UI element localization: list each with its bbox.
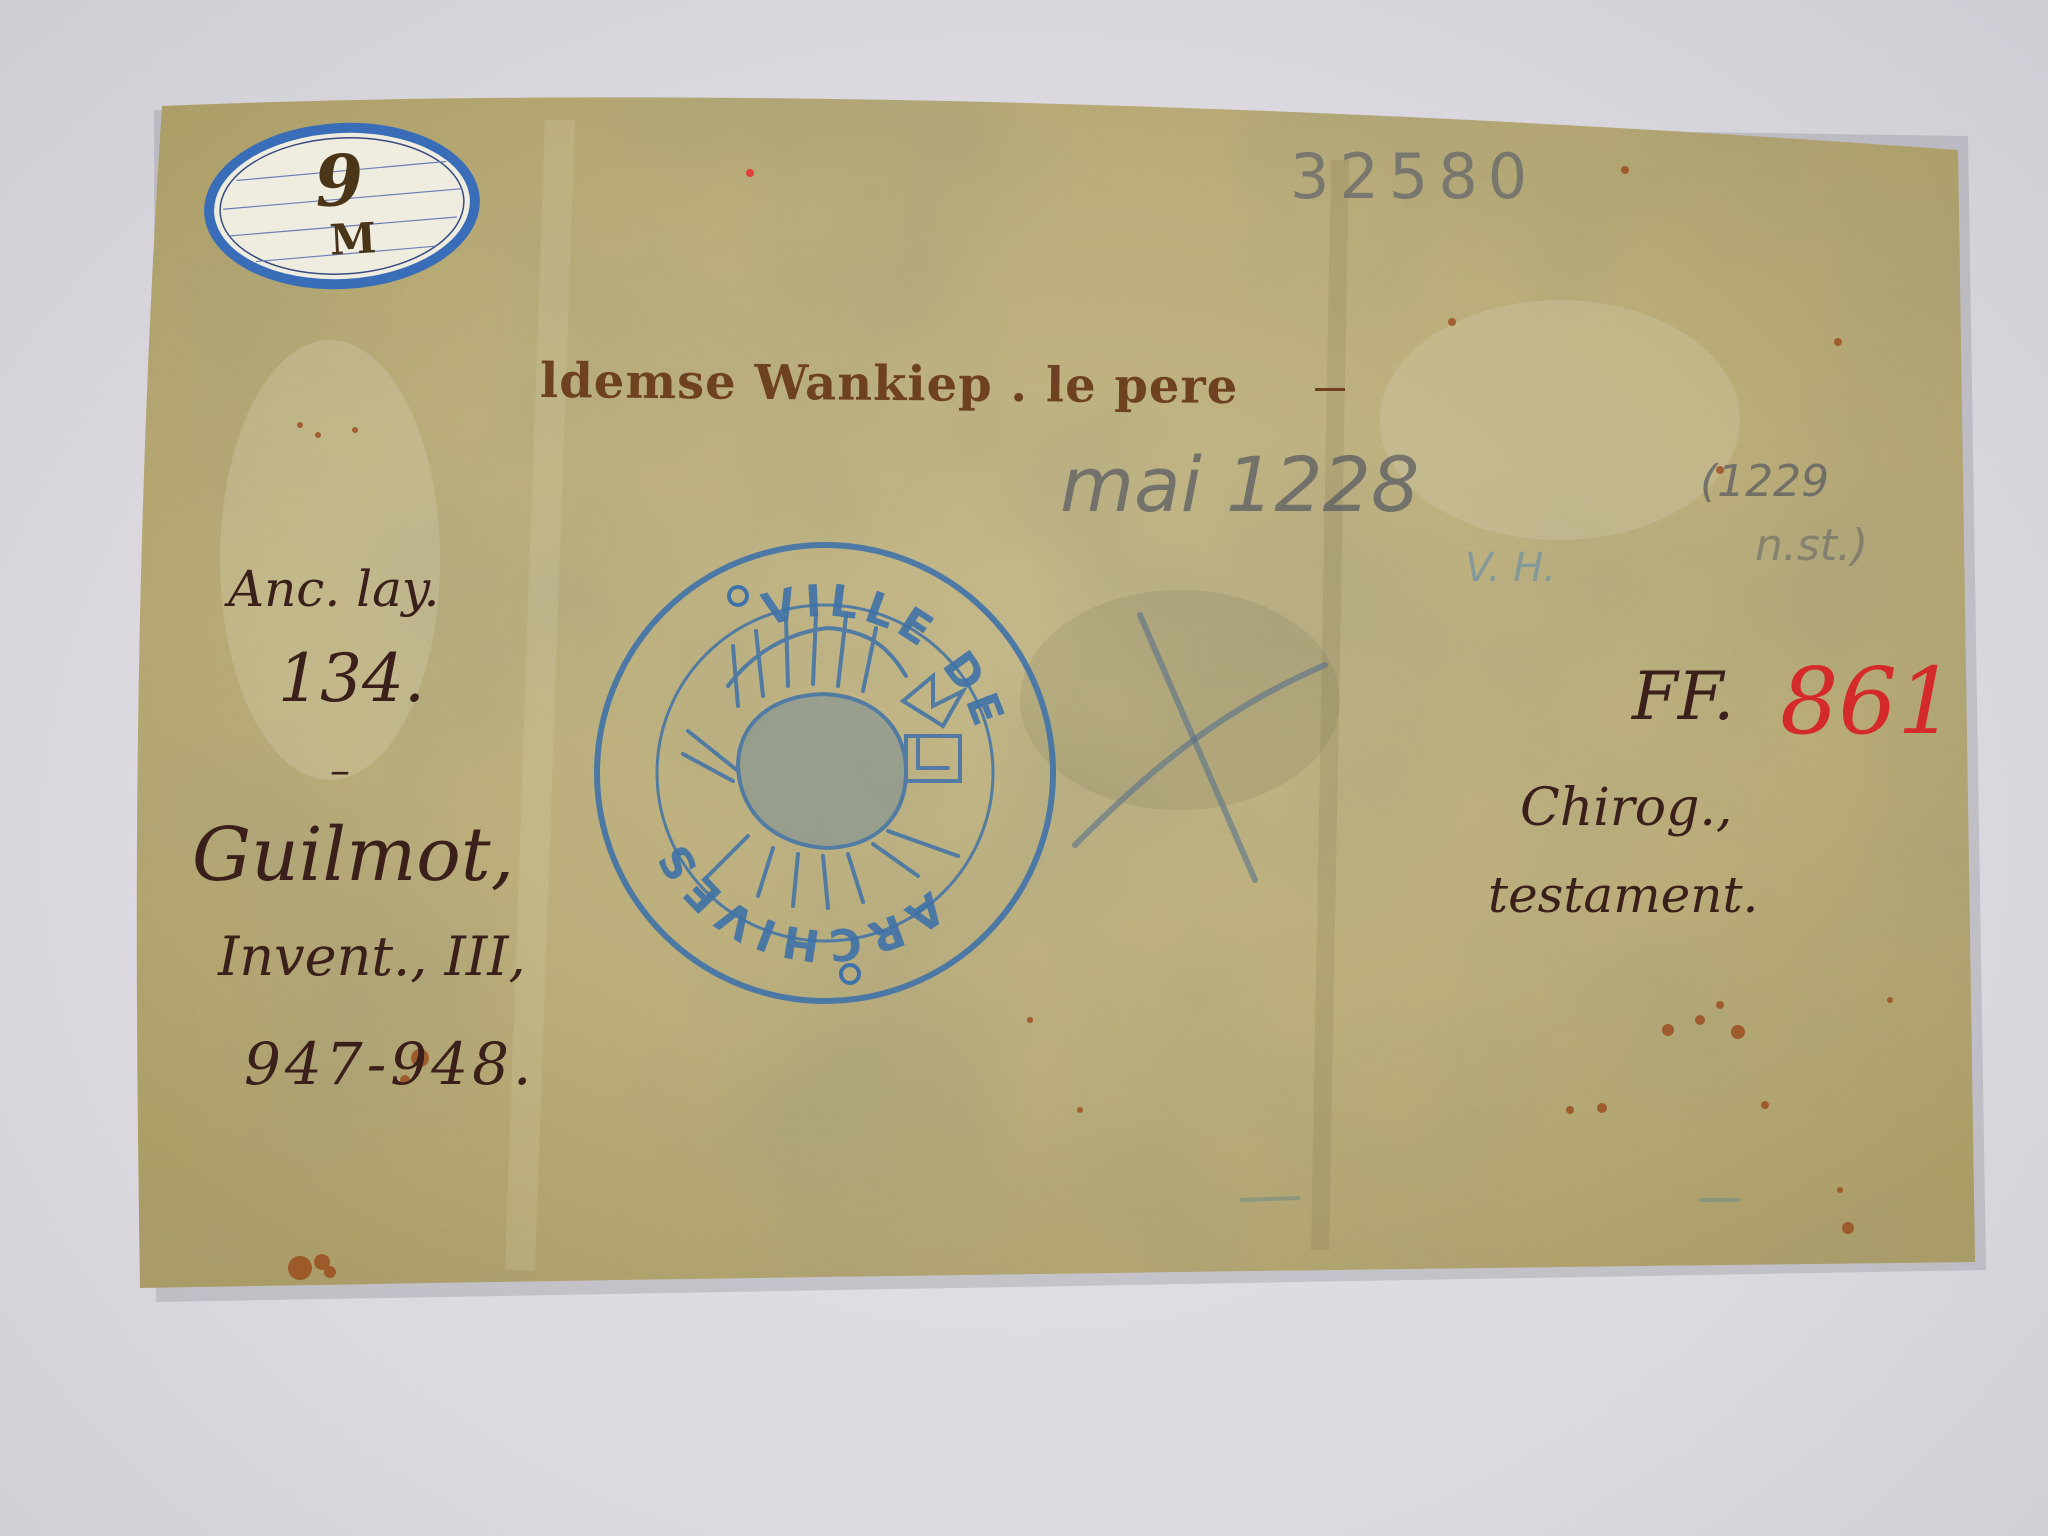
annotation-chirograph: Chirog., bbox=[1520, 778, 1732, 838]
archives-stamp: VILLE DE DOUAI ARCHIVES bbox=[588, 536, 1062, 1010]
annotation-anc-lay: Anc. lay. bbox=[228, 560, 439, 618]
annotation-pages: 947-948. bbox=[244, 1030, 535, 1098]
pencil-date-alt-line2: n.st.) bbox=[1755, 520, 1868, 571]
annotation-testament: testament. bbox=[1488, 866, 1758, 924]
shelf-label-bottom: M bbox=[328, 213, 377, 264]
shelf-label: 9 M bbox=[194, 110, 491, 303]
medieval-endorsement: ldemse Wankiep . le pere bbox=[540, 353, 1239, 415]
endorsement-flourish bbox=[1315, 388, 1345, 391]
shelf-label-top: 9 bbox=[313, 138, 366, 223]
stamp-ring: VILLE DE DOUAI ARCHIVES bbox=[588, 536, 1062, 1010]
annotation-invent: Invent., III, bbox=[218, 925, 526, 988]
annotation-series: FF. bbox=[1632, 658, 1734, 735]
pencil-inventory-number: 32580 bbox=[1290, 140, 1537, 213]
annotation-guilmot: Guilmot, bbox=[192, 812, 514, 898]
annotation-dash: – bbox=[330, 748, 350, 794]
annotation-document-number: 861 bbox=[1780, 648, 1956, 755]
pencil-date: mai 1228 bbox=[1060, 440, 1419, 529]
parchment-document: 9 M 32580 ldemse Wankiep . le pere mai 1… bbox=[0, 0, 2048, 1536]
annotation-layette-number: 134. bbox=[278, 640, 425, 717]
blue-pencil-note: V. H. bbox=[1465, 545, 1556, 591]
pencil-date-alt-line1: (1229 bbox=[1700, 456, 1829, 507]
